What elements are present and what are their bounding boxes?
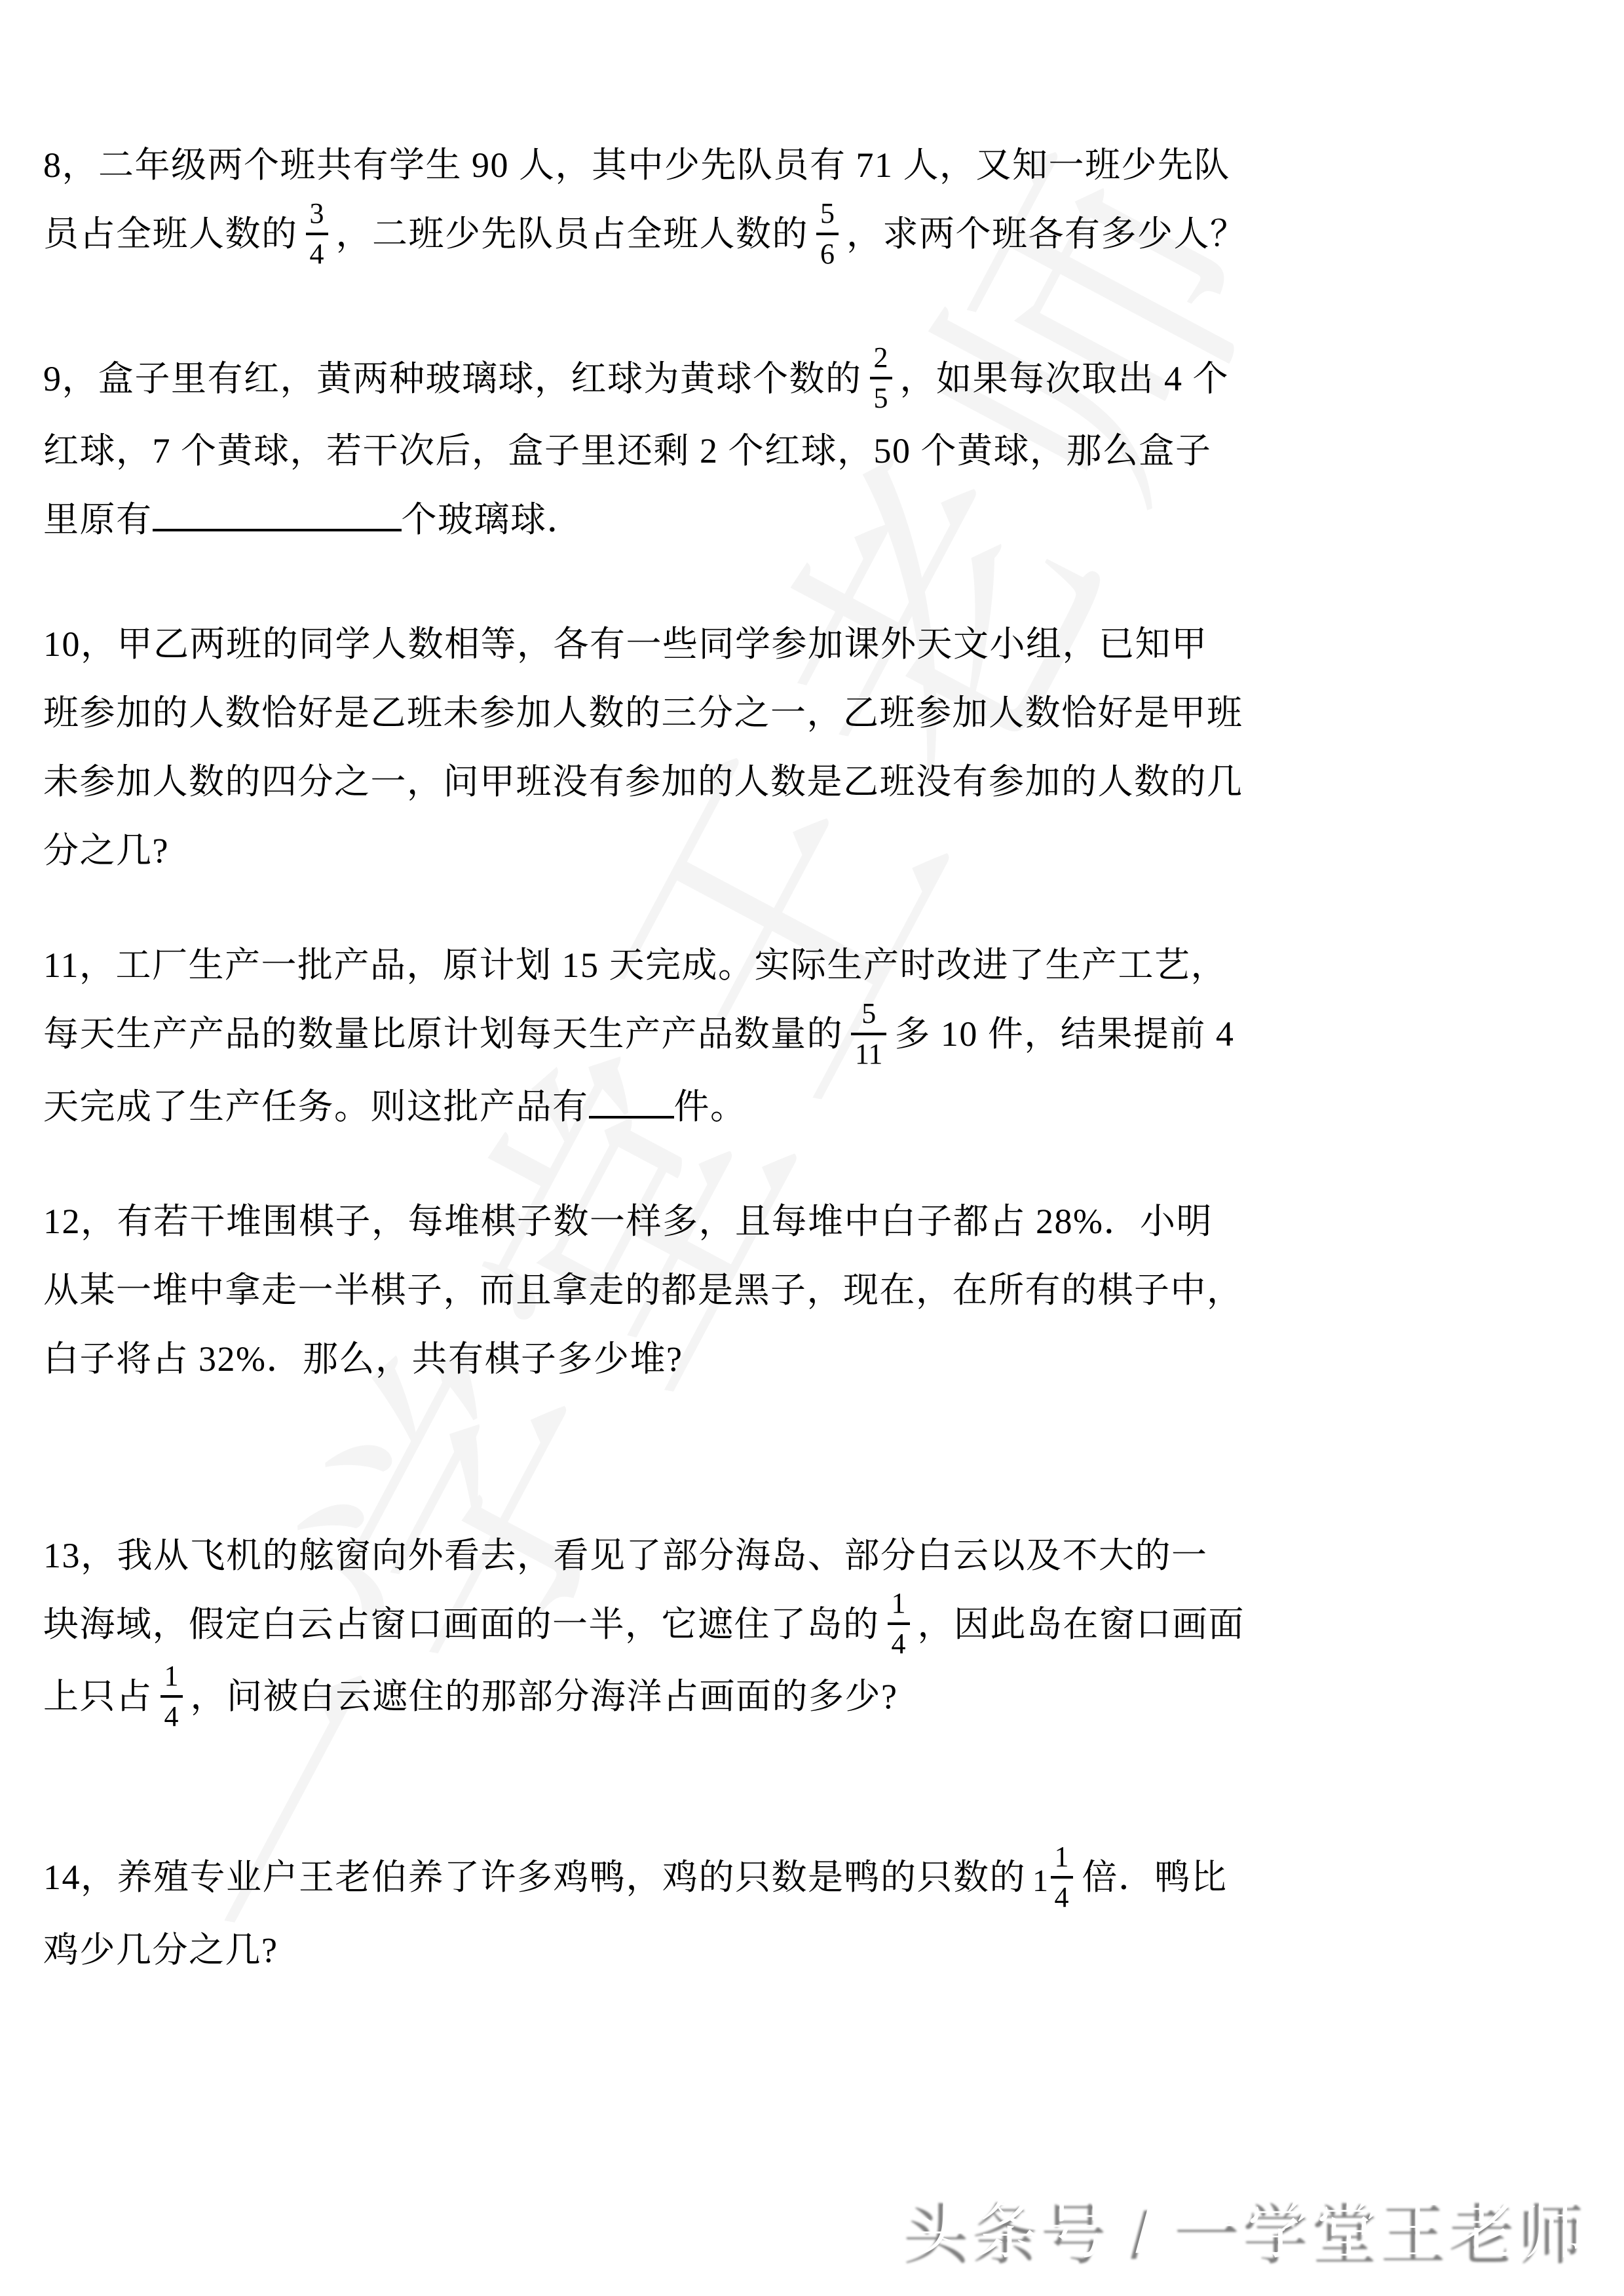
numerator: 2 bbox=[870, 343, 892, 377]
problem-9-line-1: 9，盒子里有红，黄两种玻璃球，红球为黄球个数的25，如果每次取出 4 个 bbox=[43, 345, 1589, 417]
problem-9-line-2: 红球，7 个黄球，若干次后，盒子里还剩 2 个红球，50 个黄球，那么盒子 bbox=[43, 417, 1589, 486]
problem-9-line-3: 里原有个玻璃球． bbox=[43, 486, 1589, 554]
text-run: ，问被白云遮住的那部分海洋占画面的多少? bbox=[191, 1677, 898, 1716]
denominator: 4 bbox=[888, 1622, 910, 1658]
text-run: 多 10 件，结果提前 4 bbox=[894, 1014, 1234, 1054]
fraction: 14 bbox=[1051, 1843, 1073, 1912]
text-run: 13，我从飞机的舷窗向外看去，看见了部分海岛、部分白云以及不大的一 bbox=[43, 1536, 1208, 1575]
numerator: 1 bbox=[888, 1589, 910, 1622]
text-run: 块海域，假定白云占窗口画面的一半，它遮住了岛的 bbox=[43, 1605, 880, 1644]
problem-8-line-1: 8，二年级两个班共有学生 90 人，其中少先队员有 71 人，又知一班少先队 bbox=[43, 131, 1589, 200]
numerator: 3 bbox=[306, 199, 328, 233]
problem-10-line-3: 未参加人数的四分之一，问甲班没有参加的人数是乙班没有参加的人数的几 bbox=[43, 748, 1589, 816]
text-run: 9，盒子里有红，黄两种玻璃球，红球为黄球个数的 bbox=[43, 359, 862, 398]
denominator: 5 bbox=[870, 377, 892, 413]
text-run: ，如果每次取出 4 个 bbox=[900, 359, 1230, 398]
mixed-number: 114 bbox=[1032, 1846, 1076, 1916]
numerator: 5 bbox=[816, 199, 839, 233]
fraction: 56 bbox=[816, 199, 839, 269]
text-run: 里原有 bbox=[43, 500, 153, 539]
problem-10-line-1: 10，甲乙两班的同学人数相等，各有一些同学参加课外天文小组，已知甲 bbox=[43, 610, 1589, 679]
text-run: 件。 bbox=[674, 1087, 747, 1126]
text-run: 8，二年级两个班共有学生 90 人，其中少先队员有 71 人，又知一班少先队 bbox=[43, 145, 1230, 185]
numerator: 5 bbox=[858, 999, 880, 1033]
footer-watermark: 头条号 / 一学堂王老师 bbox=[908, 2177, 1591, 2271]
text-run: 12，有若干堆围棋子，每堆棋子数一样多，且每堆中白子都占 28%．小明 bbox=[43, 1202, 1213, 1241]
text-run: 班参加的人数恰好是乙班未参加人数的三分之一，乙班参加人数恰好是甲班 bbox=[43, 693, 1243, 733]
text-run: 白子将占 32%．那么，共有棋子多少堆? bbox=[43, 1339, 683, 1379]
text-run: ，求两个班各有多少人？ bbox=[846, 214, 1247, 254]
answer-blank bbox=[589, 1082, 674, 1119]
problem-13-line-2: 块海域，假定白云占窗口画面的一半，它遮住了岛的14，因此岛在窗口画面 bbox=[43, 1590, 1589, 1663]
fraction: 34 bbox=[306, 199, 328, 269]
problem-11-line-2: 每天生产产品的数量比原计划每天生产产品数量的511多 10 件，结果提前 4 bbox=[43, 1000, 1589, 1073]
denominator: 4 bbox=[1051, 1876, 1073, 1912]
text-run: 11，工厂生产一批产品，原计划 15 天完成。实际生产时改进了生产工艺， bbox=[43, 946, 1227, 985]
text-run: 天完成了生产任务。则这批产品有 bbox=[43, 1087, 589, 1126]
problem-13: 13，我从飞机的舷窗向外看去，看见了部分海岛、部分白云以及不大的一块海域，假定白… bbox=[43, 1521, 1589, 1735]
text-run: 每天生产产品的数量比原计划每天生产产品数量的 bbox=[43, 1014, 843, 1054]
problem-10-line-2: 班参加的人数恰好是乙班未参加人数的三分之一，乙班参加人数恰好是甲班 bbox=[43, 679, 1589, 748]
problem-10-line-4: 分之几? bbox=[43, 816, 1589, 885]
text-run: 上只占 bbox=[43, 1677, 153, 1716]
problem-11: 11，工厂生产一批产品，原计划 15 天完成。实际生产时改进了生产工艺，每天生产… bbox=[43, 931, 1589, 1141]
text-run: 14，养殖专业户王老伯养了许多鸡鸭，鸡的只数是鸭的只数的 bbox=[43, 1858, 1026, 1897]
denominator: 6 bbox=[816, 233, 839, 269]
problem-14: 14，养殖专业户王老伯养了许多鸡鸭，鸡的只数是鸭的只数的114倍．鸭比鸡少几分之… bbox=[43, 1843, 1589, 1985]
problem-12-line-3: 白子将占 32%．那么，共有棋子多少堆? bbox=[43, 1325, 1589, 1394]
text-run: 红球，7 个黄球，若干次后，盒子里还剩 2 个红球，50 个黄球，那么盒子 bbox=[43, 431, 1212, 470]
text-run: ，二班少先队员占全班人数的 bbox=[336, 214, 809, 254]
problem-9: 9，盒子里有红，黄两种玻璃球，红球为黄球个数的25，如果每次取出 4 个红球，7… bbox=[43, 345, 1589, 555]
text-run: 员占全班人数的 bbox=[43, 214, 298, 254]
denominator: 11 bbox=[851, 1033, 886, 1069]
text-run: 分之几? bbox=[43, 831, 169, 870]
text-run: 鸡少几分之几? bbox=[43, 1930, 278, 1970]
text-run: 10，甲乙两班的同学人数相等，各有一些同学参加课外天文小组，已知甲 bbox=[43, 624, 1208, 664]
fraction: 511 bbox=[851, 999, 886, 1069]
problem-13-line-1: 13，我从飞机的舷窗向外看去，看见了部分海岛、部分白云以及不大的一 bbox=[43, 1521, 1589, 1590]
numerator: 1 bbox=[161, 1662, 183, 1695]
problem-14-line-2: 鸡少几分之几? bbox=[43, 1916, 1589, 1985]
problem-13-line-3: 上只占14，问被白云遮住的那部分海洋占画面的多少? bbox=[43, 1662, 1589, 1735]
text-run: 从某一堆中拿走一半棋子，而且拿走的都是黑子，现在，在所有的棋子中， bbox=[43, 1271, 1243, 1310]
problem-12: 12，有若干堆围棋子，每堆棋子数一样多，且每堆中白子都占 28%．小明从某一堆中… bbox=[43, 1187, 1589, 1394]
problem-8-line-2: 员占全班人数的34，二班少先队员占全班人数的56，求两个班各有多少人？ bbox=[43, 200, 1589, 273]
text-run: 倍．鸭比 bbox=[1082, 1858, 1228, 1897]
problem-11-line-3: 天完成了生产任务。则这批产品有件。 bbox=[43, 1073, 1589, 1141]
problem-list: 8，二年级两个班共有学生 90 人，其中少先队员有 71 人，又知一班少先队员占… bbox=[43, 0, 1589, 1985]
fraction: 14 bbox=[161, 1662, 183, 1731]
whole-number: 1 bbox=[1032, 1865, 1049, 1897]
answer-blank bbox=[153, 495, 402, 531]
problem-12-line-2: 从某一堆中拿走一半棋子，而且拿走的都是黑子，现在，在所有的棋子中， bbox=[43, 1256, 1589, 1325]
text-run: 未参加人数的四分之一，问甲班没有参加的人数是乙班没有参加的人数的几 bbox=[43, 762, 1243, 801]
worksheet-page: 一学堂王老师 8，二年级两个班共有学生 90 人，其中少先队员有 71 人，又知… bbox=[0, 0, 1624, 2296]
text-run: 个玻璃球． bbox=[402, 500, 584, 539]
fraction: 25 bbox=[870, 343, 892, 413]
numerator: 1 bbox=[1051, 1843, 1073, 1876]
denominator: 4 bbox=[306, 233, 328, 269]
fraction: 14 bbox=[888, 1589, 910, 1658]
problem-11-line-1: 11，工厂生产一批产品，原计划 15 天完成。实际生产时改进了生产工艺， bbox=[43, 931, 1589, 1000]
denominator: 4 bbox=[161, 1695, 183, 1731]
problem-14-line-1: 14，养殖专业户王老伯养了许多鸡鸭，鸡的只数是鸭的只数的114倍．鸭比 bbox=[43, 1843, 1589, 1916]
text-run: ，因此岛在窗口画面 bbox=[918, 1605, 1245, 1644]
problem-8: 8，二年级两个班共有学生 90 人，其中少先队员有 71 人，又知一班少先队员占… bbox=[43, 131, 1589, 273]
problem-10: 10，甲乙两班的同学人数相等，各有一些同学参加课外天文小组，已知甲班参加的人数恰… bbox=[43, 610, 1589, 885]
problem-12-line-1: 12，有若干堆围棋子，每堆棋子数一样多，且每堆中白子都占 28%．小明 bbox=[43, 1187, 1589, 1256]
